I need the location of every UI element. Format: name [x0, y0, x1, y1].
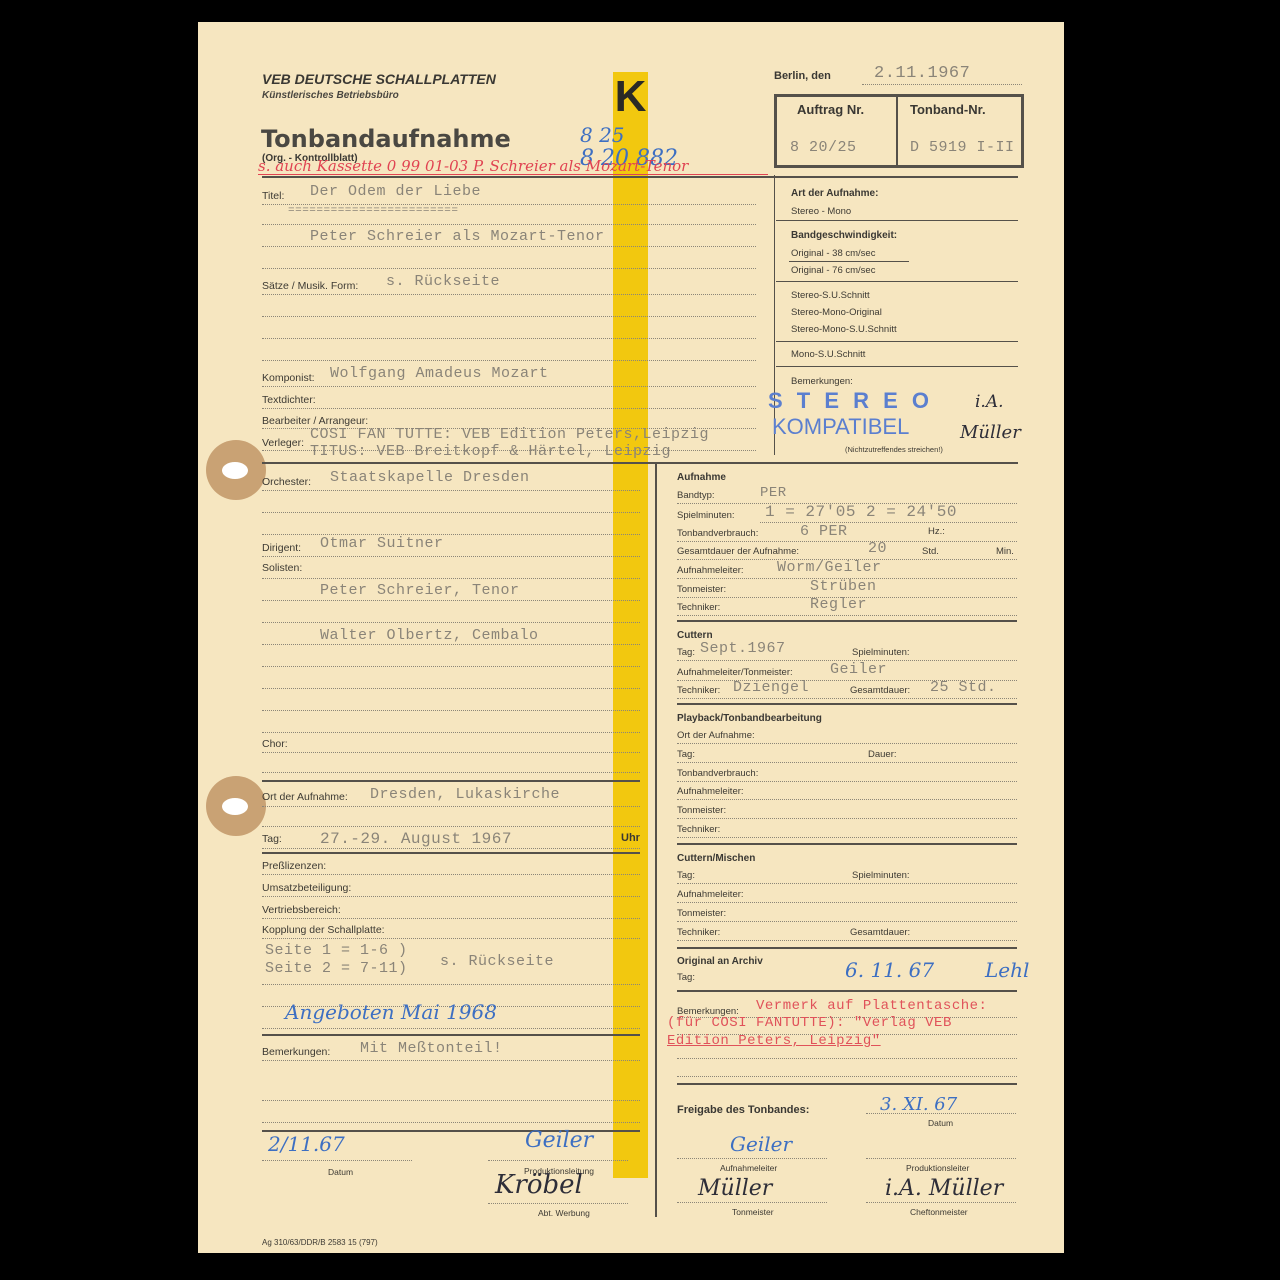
cuttern-tag-label: Tag: — [677, 647, 695, 658]
auftrag-value: 8 20/25 — [790, 139, 857, 156]
freigabe-datum-label: Datum — [928, 1118, 953, 1128]
kopplung-note: s. Rückseite — [440, 953, 554, 970]
archiv-tag-value: 6. 11. 67 — [845, 958, 934, 982]
spielminuten-value: 1 = 27'05 2 = 24'50 — [765, 503, 957, 521]
verleger-line-2: TITUS: VEB Breitkopf & Härtel, Leipzig — [310, 443, 671, 460]
k-marker: K — [613, 72, 648, 122]
cheftonmeister-label: Cheftonmeister — [910, 1207, 968, 1217]
option-mono-su: Mono-S.U.Schnitt — [791, 349, 865, 360]
saetze-label: Sätze / Musik. Form: — [262, 280, 358, 292]
auftrag-label: Auftrag Nr. — [797, 102, 864, 117]
freigabe-label: Freigabe des Tonbandes: — [677, 1104, 809, 1116]
seite-1: Seite 1 = 1-6 ) — [265, 942, 408, 959]
std-label: Std. — [922, 546, 939, 557]
header-date: 2.11.1967 — [874, 64, 970, 83]
playback-dauer-label: Dauer: — [868, 749, 897, 760]
saetze-value: s. Rückseite — [386, 273, 500, 290]
stamp-sig-ia: i.A. — [975, 392, 1004, 412]
kopplung-label: Kopplung der Schallplatte: — [262, 924, 385, 936]
verbrauch-label: Tonbandverbrauch: — [677, 528, 758, 539]
option-stereo-su: Stereo-S.U.Schnitt — [791, 290, 870, 301]
aufnahme-title: Aufnahme — [677, 472, 726, 483]
verbrauch-value: 6 PER — [800, 523, 848, 540]
bandtyp-label: Bandtyp: — [677, 490, 715, 501]
solist-2: Walter Olbertz, Cembalo — [320, 627, 539, 644]
cuttern-gesamt-value: 25 Std. — [930, 679, 997, 696]
band-38: Original - 38 cm/sec — [791, 248, 875, 259]
tag-label: Tag: — [262, 833, 282, 845]
chor-label: Chor: — [262, 738, 288, 750]
cheftonmeister-signature: i.A. Müller — [885, 1176, 1003, 1201]
tonband-label: Tonband-Nr. — [910, 102, 986, 117]
titel-underline: ======================== — [288, 205, 458, 217]
signature-produktion: Geiler — [525, 1128, 593, 1153]
playback-ort-label: Ort der Aufnahme: — [677, 730, 755, 741]
min-label: Min. — [996, 546, 1014, 557]
abt-werbung-label: Abt. Werbung — [538, 1208, 590, 1218]
orchester-label: Orchester: — [262, 476, 311, 488]
freigabe-aufnahmeleiter-label: Aufnahmeleiter — [720, 1163, 777, 1173]
playback-leiter-label: Aufnahmeleiter: — [677, 786, 744, 797]
gesamt-label: Gesamtdauer der Aufnahme: — [677, 546, 799, 557]
option-stereo-mono-su: Stereo-Mono-S.U.Schnitt — [791, 324, 897, 335]
umsatz-label: Umsatzbeteiligung: — [262, 882, 351, 894]
form-title: Tonbandaufnahme — [261, 125, 511, 153]
freigabe-datum-value: 3. XI. 67 — [880, 1094, 957, 1115]
bemerkung-line-1: Vermerk auf Plattentasche: — [756, 998, 987, 1014]
produktionsleiter-label: Produktionsleiter — [906, 1163, 969, 1173]
band-76: Original - 76 cm/sec — [791, 265, 875, 276]
bemerkung-line-3: Edition Peters, Leipzig" — [667, 1033, 881, 1049]
strike-note: (Nichtzutreffendes streichen!) — [845, 445, 943, 454]
mischen-leiter-label: Aufnahmeleiter: — [677, 889, 744, 900]
presslizenzen-label: Preßlizenzen: — [262, 860, 326, 872]
ort-value: Dresden, Lukaskirche — [370, 786, 560, 803]
art-label: Art der Aufnahme: — [791, 188, 878, 199]
verleger-label: Verleger: — [262, 437, 304, 449]
datum-label: Datum — [328, 1167, 353, 1177]
tonband-value: D 5919 I-II — [910, 139, 1015, 156]
company-name: VEB DEUTSCHE SCHALLPLATTEN — [262, 71, 496, 87]
komponist-value: Wolfgang Amadeus Mozart — [330, 365, 549, 382]
aufnahmeleiter-signature: Geiler — [730, 1132, 792, 1156]
komponist-label: Komponist: — [262, 372, 315, 384]
red-note-underline — [258, 174, 768, 175]
mischen-techniker-label: Techniker: — [677, 927, 720, 938]
bemerkungen-label: Bemerkungen: — [262, 1046, 330, 1058]
seite-2: Seite 2 = 7-11) — [265, 960, 408, 977]
titel-label: Titel: — [262, 190, 284, 202]
stamp-sig-mueller: Müller — [960, 422, 1021, 443]
mischen-spielminuten-label: Spielminuten: — [852, 870, 910, 881]
cuttern-techniker-label: Techniker: — [677, 685, 720, 696]
gesamt-value: 20 — [868, 540, 887, 557]
kompatibel-stamp: KOMPATIBEL — [772, 414, 909, 440]
mischen-tonmeister-label: Tonmeister: — [677, 908, 726, 919]
department: Künstlerisches Betriebsbüro — [262, 90, 399, 101]
signature-werbung: Kröbel — [495, 1170, 583, 1200]
tonmeister-value: Strüben — [810, 578, 877, 595]
archiv-signature: Lehl — [985, 958, 1029, 982]
verleger-line-1: COSI FAN TUTTE: VEB Edition Peters,Leipz… — [310, 426, 709, 443]
techniker-value: Regler — [810, 596, 867, 613]
band-label: Bandgeschwindigkeit: — [791, 230, 897, 241]
textdichter-label: Textdichter: — [262, 394, 316, 406]
bemerk-label-top: Bemerkungen: — [791, 376, 853, 387]
titel-line-2: Peter Schreier als Mozart-Tenor — [310, 228, 605, 245]
freigabe-tonmeister-label: Tonmeister — [732, 1207, 774, 1217]
spielminuten-label: Spielminuten: — [677, 510, 735, 521]
dirigent-label: Dirigent: — [262, 542, 301, 554]
playback-title: Playback/Tonbandbearbeitung — [677, 713, 822, 724]
cuttern-leiter-value: Geiler — [830, 661, 887, 678]
tonmeister-signature: Müller — [698, 1176, 772, 1201]
place-label: Berlin, den — [774, 70, 831, 82]
stereo-stamp: S T E R E O — [768, 388, 933, 414]
cuttern-tag-value: Sept.1967 — [700, 640, 786, 657]
cuttern-spielminuten-label: Spielminuten: — [852, 647, 910, 658]
cuttern-gesamt-label: Gesamtdauer: — [850, 685, 910, 696]
titel-value: Der Odem der Liebe — [310, 183, 481, 200]
aufnahmeleiter-value: Worm/Geiler — [777, 559, 882, 576]
aufnahmeleiter-label: Aufnahmeleiter: — [677, 565, 744, 576]
solisten-label: Solisten: — [262, 562, 302, 574]
uhr-label: Uhr — [621, 832, 640, 844]
tag-value: 27.-29. August 1967 — [320, 830, 512, 848]
mischen-gesamt-label: Gesamtdauer: — [850, 927, 910, 938]
punch-hole-bottom — [206, 776, 266, 836]
bandtyp-value: PER — [760, 485, 787, 501]
vertrieb-label: Vertriebsbereich: — [262, 904, 341, 916]
red-handwritten-note: s. auch Kassette 0 99 01-03 P. Schreier … — [258, 157, 688, 175]
mischen-tag-label: Tag: — [677, 870, 695, 881]
ort-label: Ort der Aufnahme: — [262, 791, 348, 803]
cuttern-techniker-value: Dziengel — [733, 679, 809, 696]
orchester-value: Staatskapelle Dresden — [330, 469, 530, 486]
archiv-tag-label: Tag: — [677, 972, 695, 983]
footer-code: Ag 310/63/DDR/B 2583 15 (797) — [262, 1238, 378, 1247]
yellow-marker-stripe — [613, 118, 648, 1178]
punch-hole-top — [206, 440, 266, 500]
bemerkungen-value: Mit Meßtonteil! — [360, 1040, 503, 1057]
playback-verbrauch-label: Tonbandverbrauch: — [677, 768, 758, 779]
hz-label: Hz.: — [928, 526, 945, 537]
archiv-title: Original an Archiv — [677, 956, 763, 967]
solist-1: Peter Schreier, Tenor — [320, 582, 520, 599]
techniker-label: Techniker: — [677, 602, 720, 613]
handwritten-datum: 2/11.67 — [268, 1132, 345, 1156]
option-stereo-mono-original: Stereo-Mono-Original — [791, 307, 882, 318]
tonmeister-label: Tonmeister: — [677, 584, 726, 595]
cuttern-leiter-label: Aufnahmeleiter/Tonmeister: — [677, 667, 793, 678]
art-value: Stereo - Mono — [791, 206, 851, 217]
playback-tonmeister-label: Tonmeister: — [677, 805, 726, 816]
bemerkung-line-2: (für COSI FANTUTTE): "Verlag VEB — [667, 1015, 952, 1031]
handwritten-angebot: Angeboten Mai 1968 — [285, 1000, 497, 1024]
playback-techniker-label: Techniker: — [677, 824, 720, 835]
dirigent-value: Otmar Suitner — [320, 535, 444, 552]
mischen-title: Cuttern/Mischen — [677, 853, 755, 864]
playback-tag-label: Tag: — [677, 749, 695, 760]
handwritten-number-1: 8 25 — [580, 123, 625, 147]
